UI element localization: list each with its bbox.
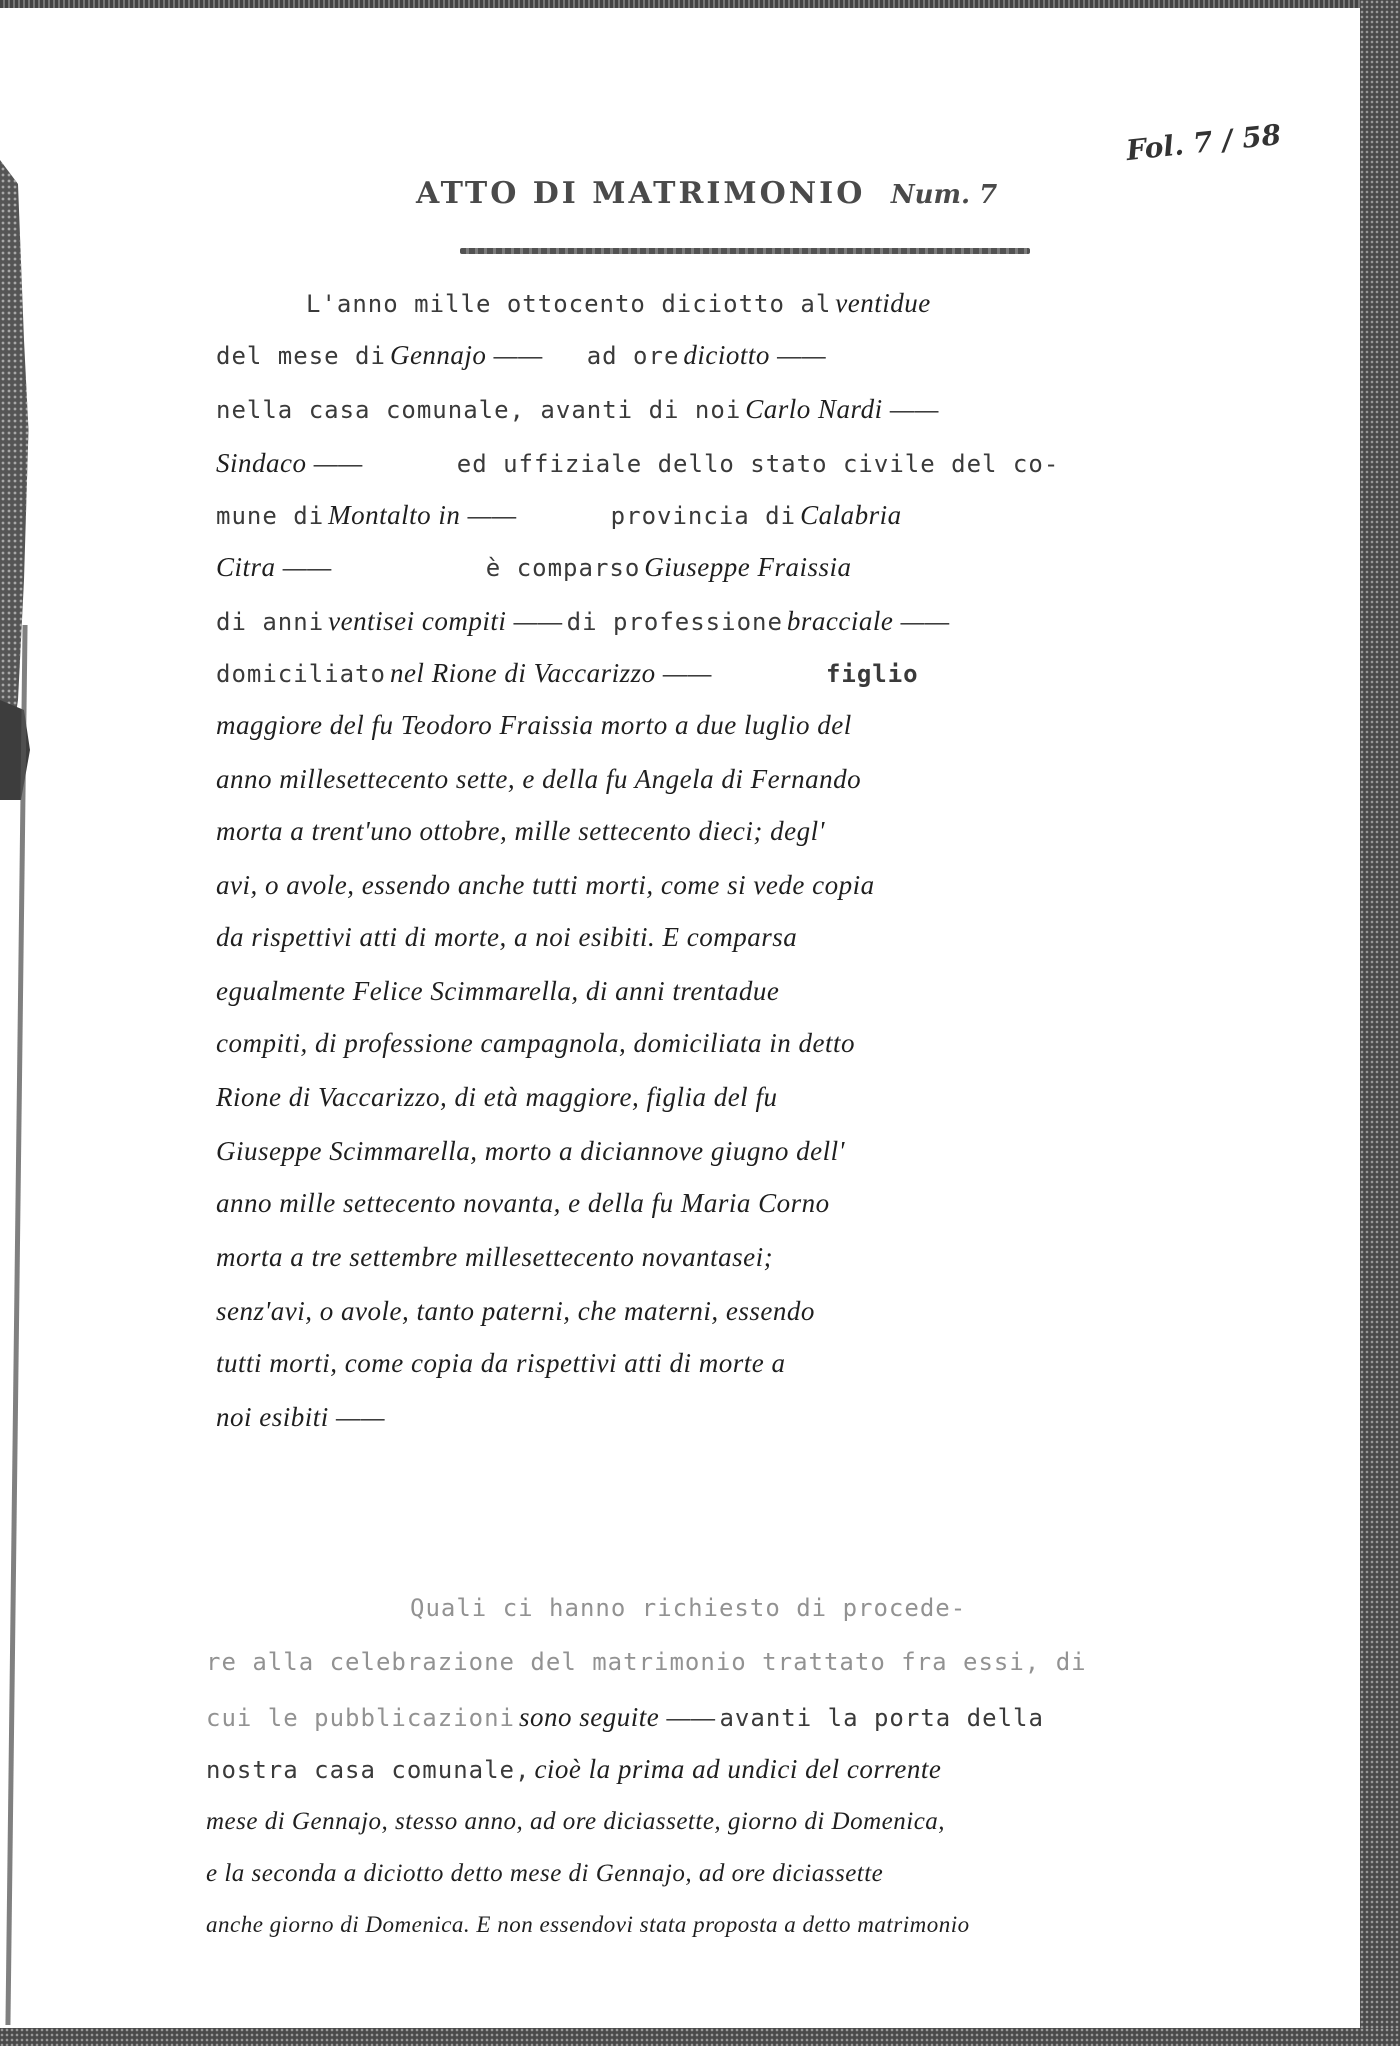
text-line: cui le pubblicazioni sono seguite —— ava… <box>206 1702 1044 1733</box>
text-line: di anni ventisei compiti —— di professio… <box>216 606 950 637</box>
folio-number: Fol. 7 / 58 <box>1125 118 1283 167</box>
text-line: Giuseppe Scimmarella, morto a diciannove… <box>216 1136 845 1167</box>
text-line: morta a trent'uno ottobre, mille settece… <box>216 816 825 847</box>
text-line: tutti morti, come copia da rispettivi at… <box>216 1348 785 1379</box>
page-fold-line <box>5 625 27 2025</box>
text-line: re alla celebrazione del matrimonio trat… <box>206 1648 1087 1676</box>
title-underline <box>460 248 1030 254</box>
text-line: maggiore del fu Teodoro Fraissia morto a… <box>216 710 852 741</box>
document-page: ATTO DI MATRIMONIO Num. 7 Fol. 7 / 58 L'… <box>30 8 1360 2028</box>
text-line: Sindaco —— ed uffiziale dello stato civi… <box>216 448 1059 479</box>
text-line: da rispettivi atti di morte, a noi esibi… <box>216 922 797 953</box>
text-line: nella casa comunale, avanti di noi Carlo… <box>216 394 939 425</box>
document-title: ATTO DI MATRIMONIO Num. 7 <box>416 176 997 211</box>
text-line: noi esibiti —— <box>216 1402 385 1433</box>
text-line: egualmente Felice Scimmarella, di anni t… <box>216 976 779 1007</box>
text-line: mune di Montalto in —— provincia di Cala… <box>216 500 902 531</box>
text-line: domiciliato nel Rione di Vaccarizzo —— f… <box>216 658 919 689</box>
scan-bottom-border <box>0 2028 1400 2046</box>
text-line: anno millesettecento sette, e della fu A… <box>216 764 861 795</box>
scan-right-border <box>1360 0 1400 2046</box>
text-line: anche giorno di Domenica. E non essendov… <box>206 1912 970 1938</box>
text-line: Rione di Vaccarizzo, di età maggiore, fi… <box>216 1082 777 1113</box>
text-line: compiti, di professione campagnola, domi… <box>216 1028 855 1059</box>
text-line: anno mille settecento novanta, e della f… <box>216 1188 830 1219</box>
text-line: e la seconda a diciotto detto mese di Ge… <box>206 1860 883 1888</box>
title-text: ATTO DI MATRIMONIO <box>416 176 865 211</box>
text-line: senz'avi, o avole, tanto paterni, che ma… <box>216 1296 815 1327</box>
text-line: mese di Gennajo, stesso anno, ad ore dic… <box>206 1808 945 1836</box>
text-line: morta a tre settembre millesettecento no… <box>216 1242 773 1273</box>
text-line: L'anno mille ottocento diciotto al venti… <box>306 288 931 319</box>
text-line: nostra casa comunale, cioè la prima ad u… <box>206 1754 941 1785</box>
text-line: del mese di Gennajo —— ad ore diciotto —… <box>216 340 826 371</box>
act-number: Num. 7 <box>891 180 997 210</box>
scan-top-edge <box>0 0 1400 8</box>
text-line: Quali ci hanno richiesto di procede- <box>410 1594 966 1622</box>
text-line: Citra —— è comparso Giuseppe Fraissia <box>216 552 852 583</box>
text-line: avi, o avole, essendo anche tutti morti,… <box>216 870 875 901</box>
